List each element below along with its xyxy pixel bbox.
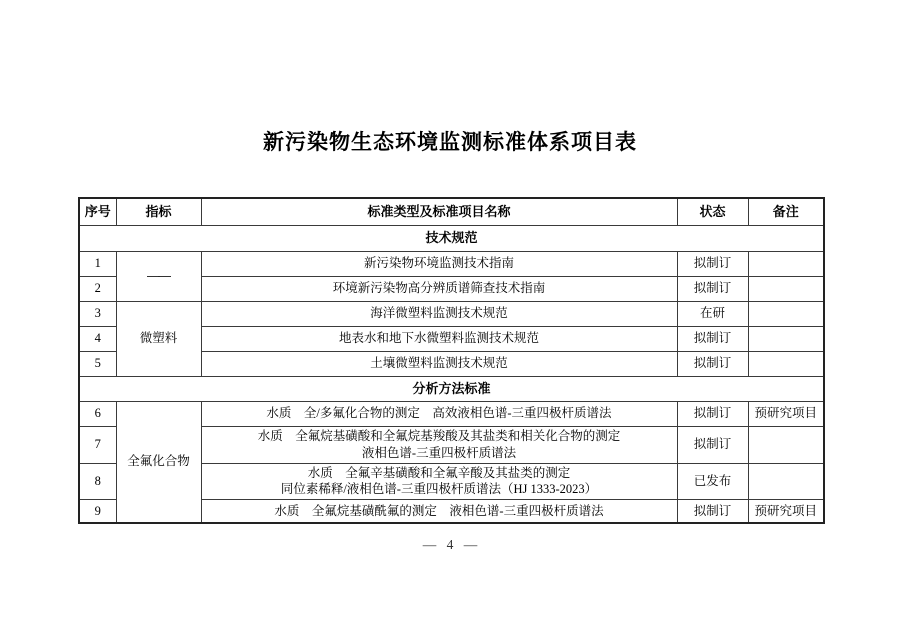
section-title: 技术规范 xyxy=(79,225,824,251)
cell-indicator: 微塑料 xyxy=(116,301,201,376)
cell-status: 在研 xyxy=(677,301,748,326)
cell-no: 3 xyxy=(79,301,116,326)
document-page: 新污染物生态环境监测标准体系项目表 序号 指标 标准类型及标准项目名称 状态 备… xyxy=(0,0,900,636)
section-row-technical-specs: 技术规范 xyxy=(79,225,824,251)
cell-remark: 预研究项目 xyxy=(748,401,824,426)
cell-status: 拟制订 xyxy=(677,251,748,276)
table-row: 6 全氟化合物 水质 全/多氟化合物的测定 高效液相色谱-三重四极杆质谱法 拟制… xyxy=(79,401,824,426)
cell-remark xyxy=(748,326,824,351)
col-header-remark: 备注 xyxy=(748,198,824,225)
cell-status: 已发布 xyxy=(677,463,748,500)
cell-remark: 预研究项目 xyxy=(748,500,824,523)
section-row-analysis-method-standards: 分析方法标准 xyxy=(79,376,824,401)
cell-remark xyxy=(748,251,824,276)
table-row: 1 —— 新污染物环境监测技术指南 拟制订 xyxy=(79,251,824,276)
cell-name: 水质 全氟辛基磺酸和全氟辛酸及其盐类的测定 同位素稀释/液相色谱-三重四极杆质谱… xyxy=(201,463,677,500)
cell-name: 环境新污染物高分辨质谱筛查技术指南 xyxy=(201,276,677,301)
cell-name: 地表水和地下水微塑料监测技术规范 xyxy=(201,326,677,351)
standards-table: 序号 指标 标准类型及标准项目名称 状态 备注 技术规范 1 —— 新污染物环境… xyxy=(78,197,825,524)
cell-remark xyxy=(748,351,824,376)
col-header-no: 序号 xyxy=(79,198,116,225)
cell-status: 拟制订 xyxy=(677,276,748,301)
col-header-name: 标准类型及标准项目名称 xyxy=(201,198,677,225)
section-title: 分析方法标准 xyxy=(79,376,824,401)
cell-no: 2 xyxy=(79,276,116,301)
page-title: 新污染物生态环境监测标准体系项目表 xyxy=(0,126,900,156)
cell-no: 8 xyxy=(79,463,116,500)
cell-no: 7 xyxy=(79,426,116,463)
col-header-status: 状态 xyxy=(677,198,748,225)
cell-no: 9 xyxy=(79,500,116,523)
cell-name: 土壤微塑料监测技术规范 xyxy=(201,351,677,376)
cell-name: 海洋微塑料监测技术规范 xyxy=(201,301,677,326)
cell-no: 5 xyxy=(79,351,116,376)
cell-name: 水质 全/多氟化合物的测定 高效液相色谱-三重四极杆质谱法 xyxy=(201,401,677,426)
cell-remark xyxy=(748,301,824,326)
col-header-indicator: 指标 xyxy=(116,198,201,225)
cell-indicator: —— xyxy=(116,251,201,301)
cell-remark xyxy=(748,426,824,463)
cell-name: 水质 全氟烷基磺酰氟的测定 液相色谱-三重四极杆质谱法 xyxy=(201,500,677,523)
cell-status: 拟制订 xyxy=(677,500,748,523)
cell-remark xyxy=(748,276,824,301)
cell-name: 水质 全氟烷基磺酸和全氟烷基羧酸及其盐类和相关化合物的测定 液相色谱-三重四极杆… xyxy=(201,426,677,463)
page-number: — 4 — xyxy=(0,537,900,553)
cell-name: 新污染物环境监测技术指南 xyxy=(201,251,677,276)
cell-status: 拟制订 xyxy=(677,401,748,426)
cell-status: 拟制订 xyxy=(677,326,748,351)
cell-no: 1 xyxy=(79,251,116,276)
cell-status: 拟制订 xyxy=(677,351,748,376)
cell-remark xyxy=(748,463,824,500)
table-row: 3 微塑料 海洋微塑料监测技术规范 在研 xyxy=(79,301,824,326)
cell-no: 6 xyxy=(79,401,116,426)
table-header-row: 序号 指标 标准类型及标准项目名称 状态 备注 xyxy=(79,198,824,225)
cell-indicator: 全氟化合物 xyxy=(116,401,201,523)
cell-status: 拟制订 xyxy=(677,426,748,463)
cell-no: 4 xyxy=(79,326,116,351)
